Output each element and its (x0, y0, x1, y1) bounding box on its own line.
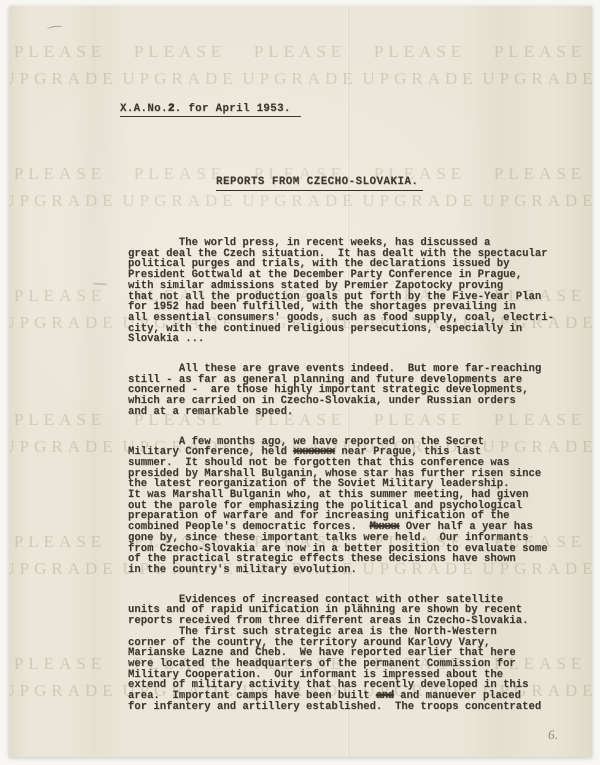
watermark-word-group: PLEASEUPGRADE (9, 38, 120, 92)
watermark-word: PLEASE (240, 38, 360, 65)
watermark-word: UPGRADE (120, 187, 240, 214)
watermark-word: UPGRADE (120, 65, 240, 92)
text-line: for infantery and artillery established.… (128, 702, 578, 713)
scanned-document-screenshot: { "colors": { "paper": "#ebe6d7", "ink":… (0, 0, 600, 765)
reference-text-segment: X.A.No. (120, 103, 168, 115)
watermark-word: UPGRADE (240, 65, 360, 92)
paragraph: Evidences of increased contact with othe… (128, 595, 578, 713)
doc-title: REPORTS FROM CZECHO-SLOVAKIA. (216, 176, 423, 188)
watermark-word: UPGRADE (9, 433, 120, 460)
watermark-word: UPGRADE (9, 187, 120, 214)
watermark-word: PLEASE (9, 528, 120, 555)
watermark-word: UPGRADE (9, 65, 120, 92)
doc-body: The world press, in recent weeks, has di… (128, 238, 578, 731)
watermark-word-group: PLEASEUPGRADE (9, 406, 120, 460)
watermark-word-group: PLEASEUPGRADE (9, 528, 120, 582)
text-segment: and at a remarkable speed. (128, 406, 293, 418)
overstruck-char: 2 (168, 103, 175, 115)
doc-title-text: REPORTS FROM CZECHO-SLOVAKIA. (216, 176, 423, 191)
watermark-word: UPGRADE (240, 187, 360, 214)
watermark-word: PLEASE (9, 160, 120, 187)
paragraph: All these are grave events indeed. But m… (128, 364, 578, 418)
ink-smudge-mark (47, 25, 64, 33)
watermark-word-group: PLEASEUPGRADE (480, 160, 592, 214)
watermark-word-group: PLEASEUPGRADE (9, 282, 120, 336)
text-line: and at a remarkable speed. (128, 407, 578, 418)
watermark-word: PLEASE (9, 406, 120, 433)
watermark-word: UPGRADE (9, 677, 120, 704)
watermark-word-group: PLEASEUPGRADE (9, 650, 120, 704)
watermark-word: UPGRADE (360, 65, 480, 92)
watermark-word: UPGRADE (360, 187, 480, 214)
watermark-word: PLEASE (9, 38, 120, 65)
watermark-word-group: PLEASEUPGRADE (9, 160, 120, 214)
watermark-row: PLEASEUPGRADEPLEASEUPGRADEPLEASEUPGRADEP… (9, 38, 592, 92)
watermark-word-group: PLEASEUPGRADE (360, 38, 480, 92)
watermark-word: UPGRADE (9, 309, 120, 336)
watermark-word: PLEASE (480, 160, 592, 187)
watermark-word: PLEASE (9, 650, 120, 677)
watermark-word: PLEASE (120, 38, 240, 65)
watermark-word: PLEASE (480, 38, 592, 65)
page-number: 6. (547, 727, 558, 744)
watermark-word: UPGRADE (480, 65, 592, 92)
doc-reference-text: X.A.No.2. for April 1953. (120, 103, 301, 117)
document-page: PLEASEUPGRADEPLEASEUPGRADEPLEASEUPGRADEP… (9, 6, 592, 757)
text-line: in the country's military evolution. (128, 565, 578, 576)
doc-reference-line: X.A.No.2. for April 1953. (120, 103, 301, 115)
reference-text-segment: . for April 1953. (175, 103, 291, 115)
text-segment: for infantery and artillery established.… (128, 701, 541, 713)
watermark-word: PLEASE (360, 38, 480, 65)
text-line: Slovakia ... (128, 334, 578, 345)
pencil-dash-mark (93, 283, 107, 286)
watermark-word-group: PLEASEUPGRADE (480, 38, 592, 92)
paragraph: A few months ago, we have reported on th… (128, 437, 578, 576)
watermark-word: UPGRADE (480, 187, 592, 214)
watermark-word: PLEASE (9, 282, 120, 309)
paragraph: The world press, in recent weeks, has di… (128, 238, 578, 345)
text-segment: Slovakia ... (128, 333, 204, 345)
watermark-word-group: PLEASEUPGRADE (240, 38, 360, 92)
watermark-word: UPGRADE (9, 555, 120, 582)
text-segment: in the country's military evolution. (128, 564, 357, 576)
watermark-word-group: PLEASEUPGRADE (120, 38, 240, 92)
